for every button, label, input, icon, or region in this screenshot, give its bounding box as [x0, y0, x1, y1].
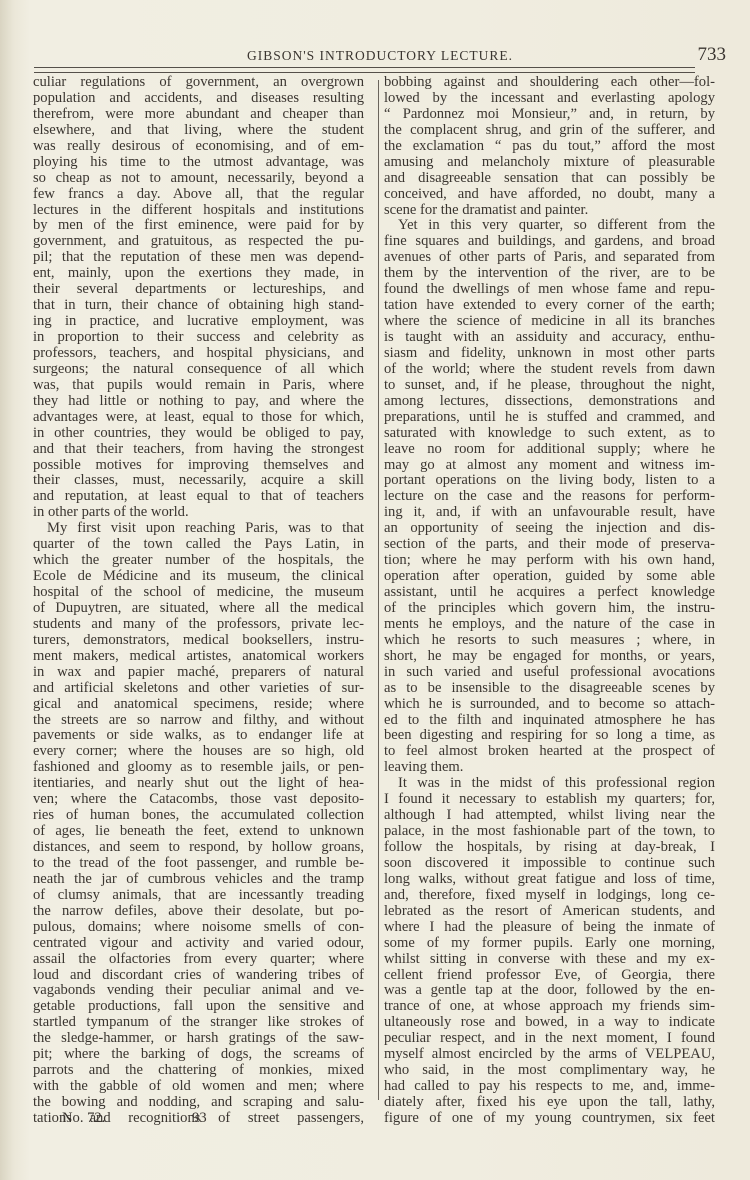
text-line: “ Pardonnez moi Monsieur,” and, in retur… [384, 107, 715, 123]
text-line: Ecole de Médicine and its museum, the cl… [33, 569, 364, 585]
text-line: pit; where the barking of dogs, the scre… [33, 1047, 364, 1063]
text-line: among lectures, dissections, demonstrati… [384, 394, 715, 410]
text-line: an opportunity of seeing the injection a… [384, 521, 715, 537]
text-line: bobbing against and shouldering each oth… [384, 75, 715, 91]
text-line: ven; where the Catacombs, those vast dep… [33, 792, 364, 808]
text-line: ploying his time to the utmost advantage… [33, 155, 364, 171]
text-line: culiar regulations of government, an ove… [33, 75, 364, 91]
text-line: gical and anatomical specimens, reside; … [33, 697, 364, 713]
text-line: the complacent shrug, and grin of the su… [384, 123, 715, 139]
text-line: professors, teachers, and hospital physi… [33, 346, 364, 362]
text-line: avenues of other parts of Paris, and sep… [384, 250, 715, 266]
text-line: ultaneously rose and bowed, in a way to … [384, 1015, 715, 1031]
column-divider [378, 80, 379, 1100]
text-line: which the greater number of the hospital… [33, 553, 364, 569]
text-line: I found it necessary to establish my qua… [384, 792, 715, 808]
text-line: where the science of medicine in all its… [384, 314, 715, 330]
text-line: to feel almost broken hearted at the pro… [384, 744, 715, 760]
text-line: assail the olfactories from every quarte… [33, 952, 364, 968]
text-line: leave no room for additional supply; whe… [384, 442, 715, 458]
text-line: so cheap as not to amount, necessarily, … [33, 171, 364, 187]
text-line: fine squares and buildings, and gardens,… [384, 234, 715, 250]
text-line: quarter of the town called the Pays Lati… [33, 537, 364, 553]
text-line: vagabonds vending their peculiar animal … [33, 983, 364, 999]
text-line: by men of the first eminence, were paid … [33, 218, 364, 234]
text-line: tion; where he may perform with his own … [384, 553, 715, 569]
text-line: they had little or nothing to pay, and w… [33, 394, 364, 410]
text-line: fashioned and gloomy as to resemble jail… [33, 760, 364, 776]
text-line: short, he may be engaged for months, or … [384, 649, 715, 665]
text-line: in such varied and useful professional a… [384, 665, 715, 681]
text-line: possible motives for improving themselve… [33, 458, 364, 474]
text-line: of Dupuytren, are situated, where all th… [33, 601, 364, 617]
text-line: their several departments or lectureship… [33, 282, 364, 298]
text-line: and disagreeable sensation that can poss… [384, 171, 715, 187]
text-line: surgeons; the natural consequence of all… [33, 362, 364, 378]
text-line: lebrated as the resort of American stude… [384, 904, 715, 920]
text-line: ent, mainly, upon the exertions they mad… [33, 266, 364, 282]
text-line: assistant, until he acquires a perfect k… [384, 585, 715, 601]
text-line: as to be insensible to the disagreeable … [384, 681, 715, 697]
text-line: of clumsy animals, that are incessantly … [33, 888, 364, 904]
text-line: It was in the midst of this professional… [384, 776, 715, 792]
text-line: lectures in the different hospitals and … [33, 203, 364, 219]
text-line: that in turn, their chance of obtaining … [33, 298, 364, 314]
page-number: 733 [698, 44, 727, 66]
text-line: their classes, must, necessarily, acquir… [33, 473, 364, 489]
text-line: getable productions, fall upon the sensi… [33, 999, 364, 1015]
text-line: government, and gratuitous, as respected… [33, 234, 364, 250]
text-line: pavements or side walks, as to endanger … [33, 728, 364, 744]
text-line: the bowing and nodding, and scraping and… [33, 1095, 364, 1111]
running-title: GIBSON'S INTRODUCTORY LECTURE. [34, 48, 726, 64]
text-line: had called to pay his respects to me, an… [384, 1079, 715, 1095]
text-line: lecture on the case and the reasons for … [384, 489, 715, 505]
page-footer: No. 72. 93 [62, 1110, 207, 1127]
text-line: of the principles which govern him, the … [384, 601, 715, 617]
text-line: in proportion to their success and celeb… [33, 330, 364, 346]
text-line: to the tread of the foot passenger, and … [33, 856, 364, 872]
text-line: whilst sitting in converse with these an… [384, 952, 715, 968]
running-head: GIBSON'S INTRODUCTORY LECTURE. 733 [34, 44, 726, 66]
text-line: in other parts of the world. [33, 505, 364, 521]
text-line: parrots and the chattering of monkies, m… [33, 1063, 364, 1079]
text-line: trance of one, at whose approach my frie… [384, 999, 715, 1015]
text-line: been digesting and respiring for so long… [384, 728, 715, 744]
text-line: few francs a day. Above all, that the re… [33, 187, 364, 203]
text-line: amusing and melancholy mixture of pleasu… [384, 155, 715, 171]
text-line: soon discovered it impossible to continu… [384, 856, 715, 872]
text-line: lowed by the incessant and everlasting a… [384, 91, 715, 107]
text-line: distances, and seem to respond, by hollo… [33, 840, 364, 856]
text-line: ing in practice, and lucrative employmen… [33, 314, 364, 330]
text-line: long walks, without great fatigue and lo… [384, 872, 715, 888]
text-line: siasm and fidelity, unknown in most othe… [384, 346, 715, 362]
text-line: in wax and papier maché, preparers of na… [33, 665, 364, 681]
text-line: centrated vigour and activity and varied… [33, 936, 364, 952]
text-line: was really desirous of economising, and … [33, 139, 364, 155]
text-line: found the dwellings of men whose fame an… [384, 282, 715, 298]
text-line: the sledge-hammer, or harsh gratings of … [33, 1031, 364, 1047]
text-line: palace, in the most fashionable part of … [384, 824, 715, 840]
text-line: who said, in the most complimentary way,… [384, 1063, 715, 1079]
text-line: figure of one of my young countrymen, si… [384, 1111, 715, 1127]
text-line: follow the hospitals, by rising at day-b… [384, 840, 715, 856]
text-line: myself almost encircled by the arms of V… [384, 1047, 715, 1063]
text-line: is taught with an assiduity and accuracy… [384, 330, 715, 346]
text-line: pil; that the reputation of these men wa… [33, 250, 364, 266]
text-line: where I had the pleasure of being the in… [384, 920, 715, 936]
text-line: with the gabble of old women and men; wh… [33, 1079, 364, 1095]
text-line: cellent friend professor Eve, of Georgia… [384, 968, 715, 984]
text-line: ries of human bones, the accumulated col… [33, 808, 364, 824]
text-line: to sunset, and, if he please, throughout… [384, 378, 715, 394]
text-line: and that their teachers, from having the… [33, 442, 364, 458]
text-line: which he is surrounded, and to become so… [384, 697, 715, 713]
text-line: was a gentle tap at the door, followed b… [384, 983, 715, 999]
header-rule [34, 67, 695, 73]
text-line: them by the intervention of the river, a… [384, 266, 715, 282]
text-line: the narrow defiles, above their desolate… [33, 904, 364, 920]
signature-mark: 93 [192, 1110, 207, 1127]
text-line: population and accidents, and diseases r… [33, 91, 364, 107]
text-line: and artificial skeletons and other varie… [33, 681, 364, 697]
text-line: the exclamation “ pas du tout,” afford t… [384, 139, 715, 155]
text-line: although I had attempted, whilst living … [384, 808, 715, 824]
text-line: which he resorts to such measures ; wher… [384, 633, 715, 649]
text-line: Yet in this very quarter, so different f… [384, 218, 715, 234]
text-line: hospital of the school of medicine, the … [33, 585, 364, 601]
text-line: in other countries, they would be oblige… [33, 426, 364, 442]
text-line: scene for the dramatist and painter. [384, 203, 715, 219]
issue-number: No. 72. [62, 1110, 105, 1127]
text-line: ed to the filth and inquinated atmospher… [384, 713, 715, 729]
text-line: preparations, until he is stuffed and cr… [384, 410, 715, 426]
text-line: neath the jar of cumbrous vehicles and t… [33, 872, 364, 888]
text-line: and reputation, at least equal to that o… [33, 489, 364, 505]
text-line: peculiar respect, and in the next moment… [384, 1031, 715, 1047]
text-line: saturated with knowledge to such extent,… [384, 426, 715, 442]
text-line: every corner; where the houses are so hi… [33, 744, 364, 760]
text-line: may go at almost any moment and witness … [384, 458, 715, 474]
text-line: the streets are so narrow and filthy, an… [33, 713, 364, 729]
text-line: tation have extended to every corner of … [384, 298, 715, 314]
text-line: was, that pupils would remain in Paris, … [33, 378, 364, 394]
text-line: some of my former pupils. Early one morn… [384, 936, 715, 952]
right-column: bobbing against and shouldering each oth… [384, 75, 715, 1127]
text-line: My first visit upon reaching Paris, was … [33, 521, 364, 537]
document-page: GIBSON'S INTRODUCTORY LECTURE. 733 culia… [0, 0, 750, 1180]
text-line: pulous, domains; where noisome smells of… [33, 920, 364, 936]
text-line: diately after, fixed his eye upon the ta… [384, 1095, 715, 1111]
text-line: ing it, and, if with an unfavourable res… [384, 505, 715, 521]
text-line: therefrom, were more abundant and cheape… [33, 107, 364, 123]
text-line: operation after operation, guided by som… [384, 569, 715, 585]
text-line: and, therefore, fixed myself in lodgings… [384, 888, 715, 904]
text-line: turers, demonstrators, medical bookselle… [33, 633, 364, 649]
text-line: of ages, lie beneath the feet, extend to… [33, 824, 364, 840]
text-line: leaving them. [384, 760, 715, 776]
text-line: students and many of the professors, pri… [33, 617, 364, 633]
text-line: itentiaries, and nearly shut out the lig… [33, 776, 364, 792]
text-line: advantages were, at least, equal to thos… [33, 410, 364, 426]
text-line: conceived, and have afforded, no doubt, … [384, 187, 715, 203]
text-line: section of the parts, and their mode of … [384, 537, 715, 553]
text-line: loud and discordant cries of wandering t… [33, 968, 364, 984]
text-line: startled tympanum of the stranger like s… [33, 1015, 364, 1031]
text-line: ment makers, medical artistes, anatomica… [33, 649, 364, 665]
text-line: ments he employs, and the nature of the … [384, 617, 715, 633]
text-line: elsewhere, and that living, where the st… [33, 123, 364, 139]
text-line: of the world; where the student revels f… [384, 362, 715, 378]
text-line: portant operations on the living body, l… [384, 473, 715, 489]
left-column: culiar regulations of government, an ove… [33, 75, 364, 1127]
